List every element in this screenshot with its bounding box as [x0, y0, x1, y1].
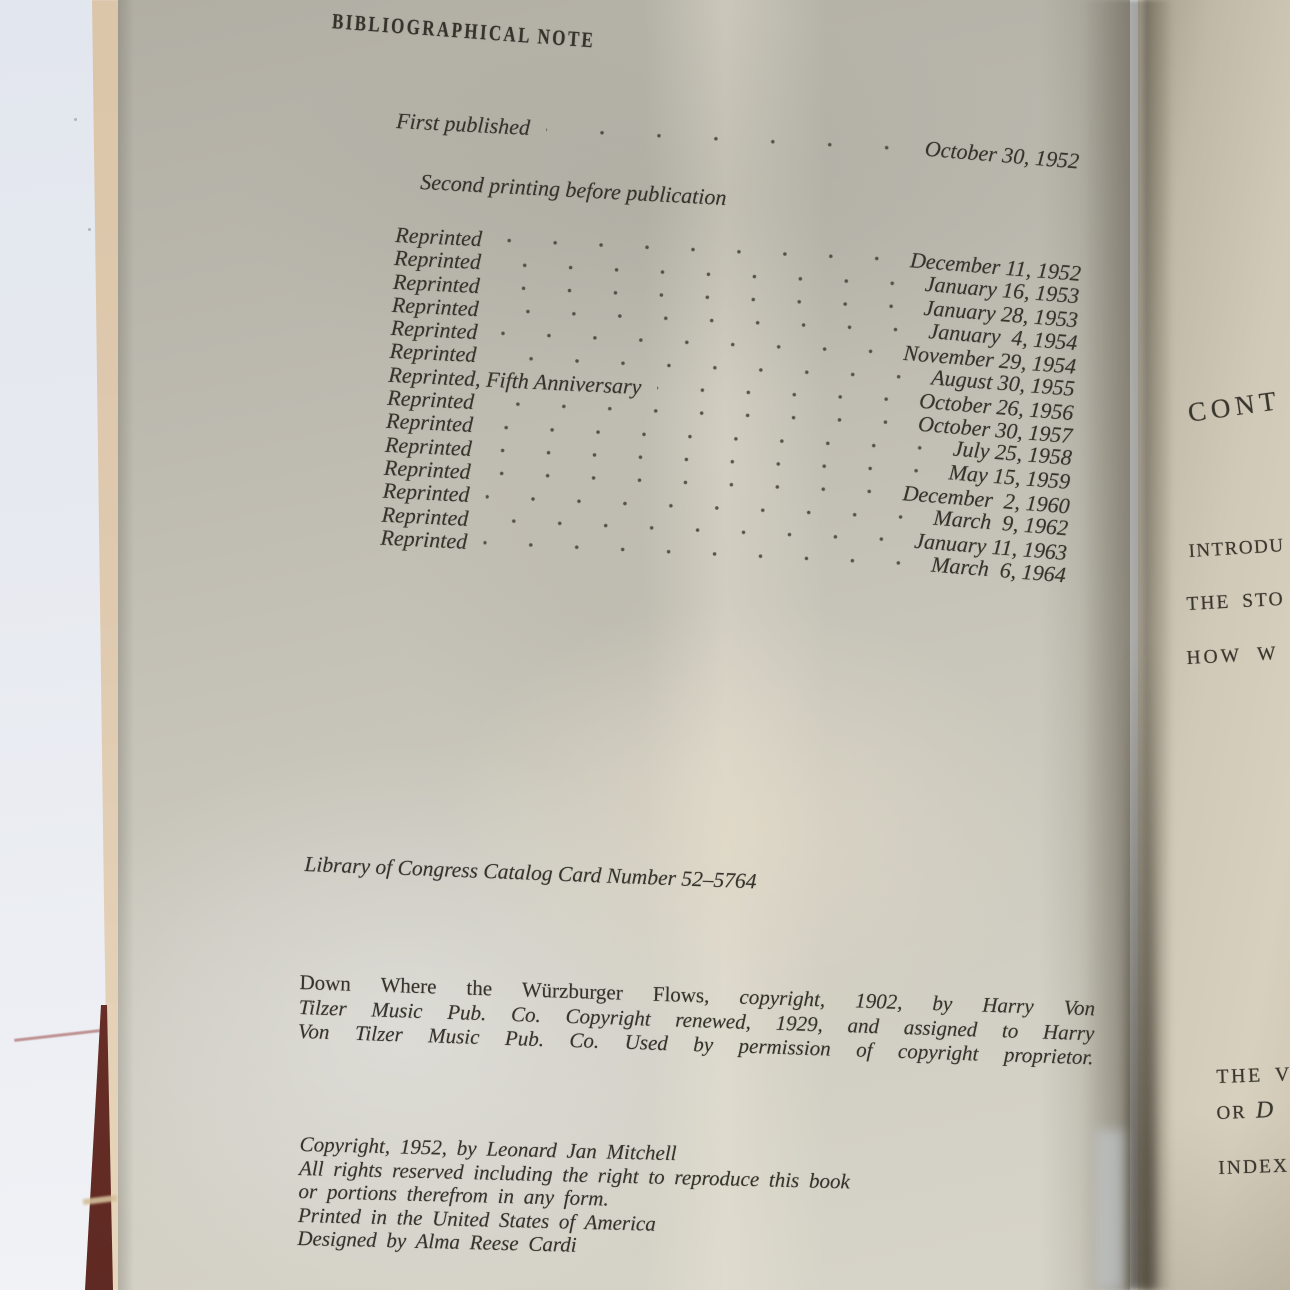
gutter-highlight [1096, 1130, 1124, 1290]
second-printing-line: Second printing before publication [420, 169, 727, 211]
first-published-date: October 30, 1952 [924, 136, 1080, 175]
dot-leader [546, 127, 915, 152]
or-italic-d: D [1255, 1097, 1273, 1124]
gutter-shadow-bottom [1126, 640, 1156, 1290]
book-photo: BIBLIOGRAPHICAL NOTE First published Oct… [0, 0, 1290, 1290]
bibliographical-note-heading: BIBLIOGRAPHICAL NOTE [331, 9, 596, 54]
reprint-list: ReprintedDecember 11, 1952ReprintedJanua… [380, 222, 1081, 581]
red-pencil-mark [14, 1029, 100, 1041]
song-permission-paragraph: Down Where the Würzburger Flows, copyrig… [298, 970, 1096, 1070]
first-published-row: First published October 30, 1952 [396, 108, 1080, 170]
or-prefix: OR [1216, 1102, 1247, 1124]
copyright-block: Copyright, 1952, by Leonard Jan Mitchell… [297, 1133, 1012, 1268]
left-page: BIBLIOGRAPHICAL NOTE First published Oct… [118, 0, 1130, 1290]
index-entry-fragment: INDEX [1218, 1156, 1289, 1180]
first-published-label: First published [396, 108, 531, 141]
or-d-entry-fragment: ORD [1216, 1097, 1274, 1126]
catalog-number-line: Library of Congress Catalog Card Number … [304, 852, 757, 894]
reprint-label: Reprinted [380, 524, 468, 554]
dust-speck [74, 118, 77, 121]
dust-speck [88, 228, 91, 231]
the-v-entry-fragment: THE V [1216, 1063, 1290, 1089]
